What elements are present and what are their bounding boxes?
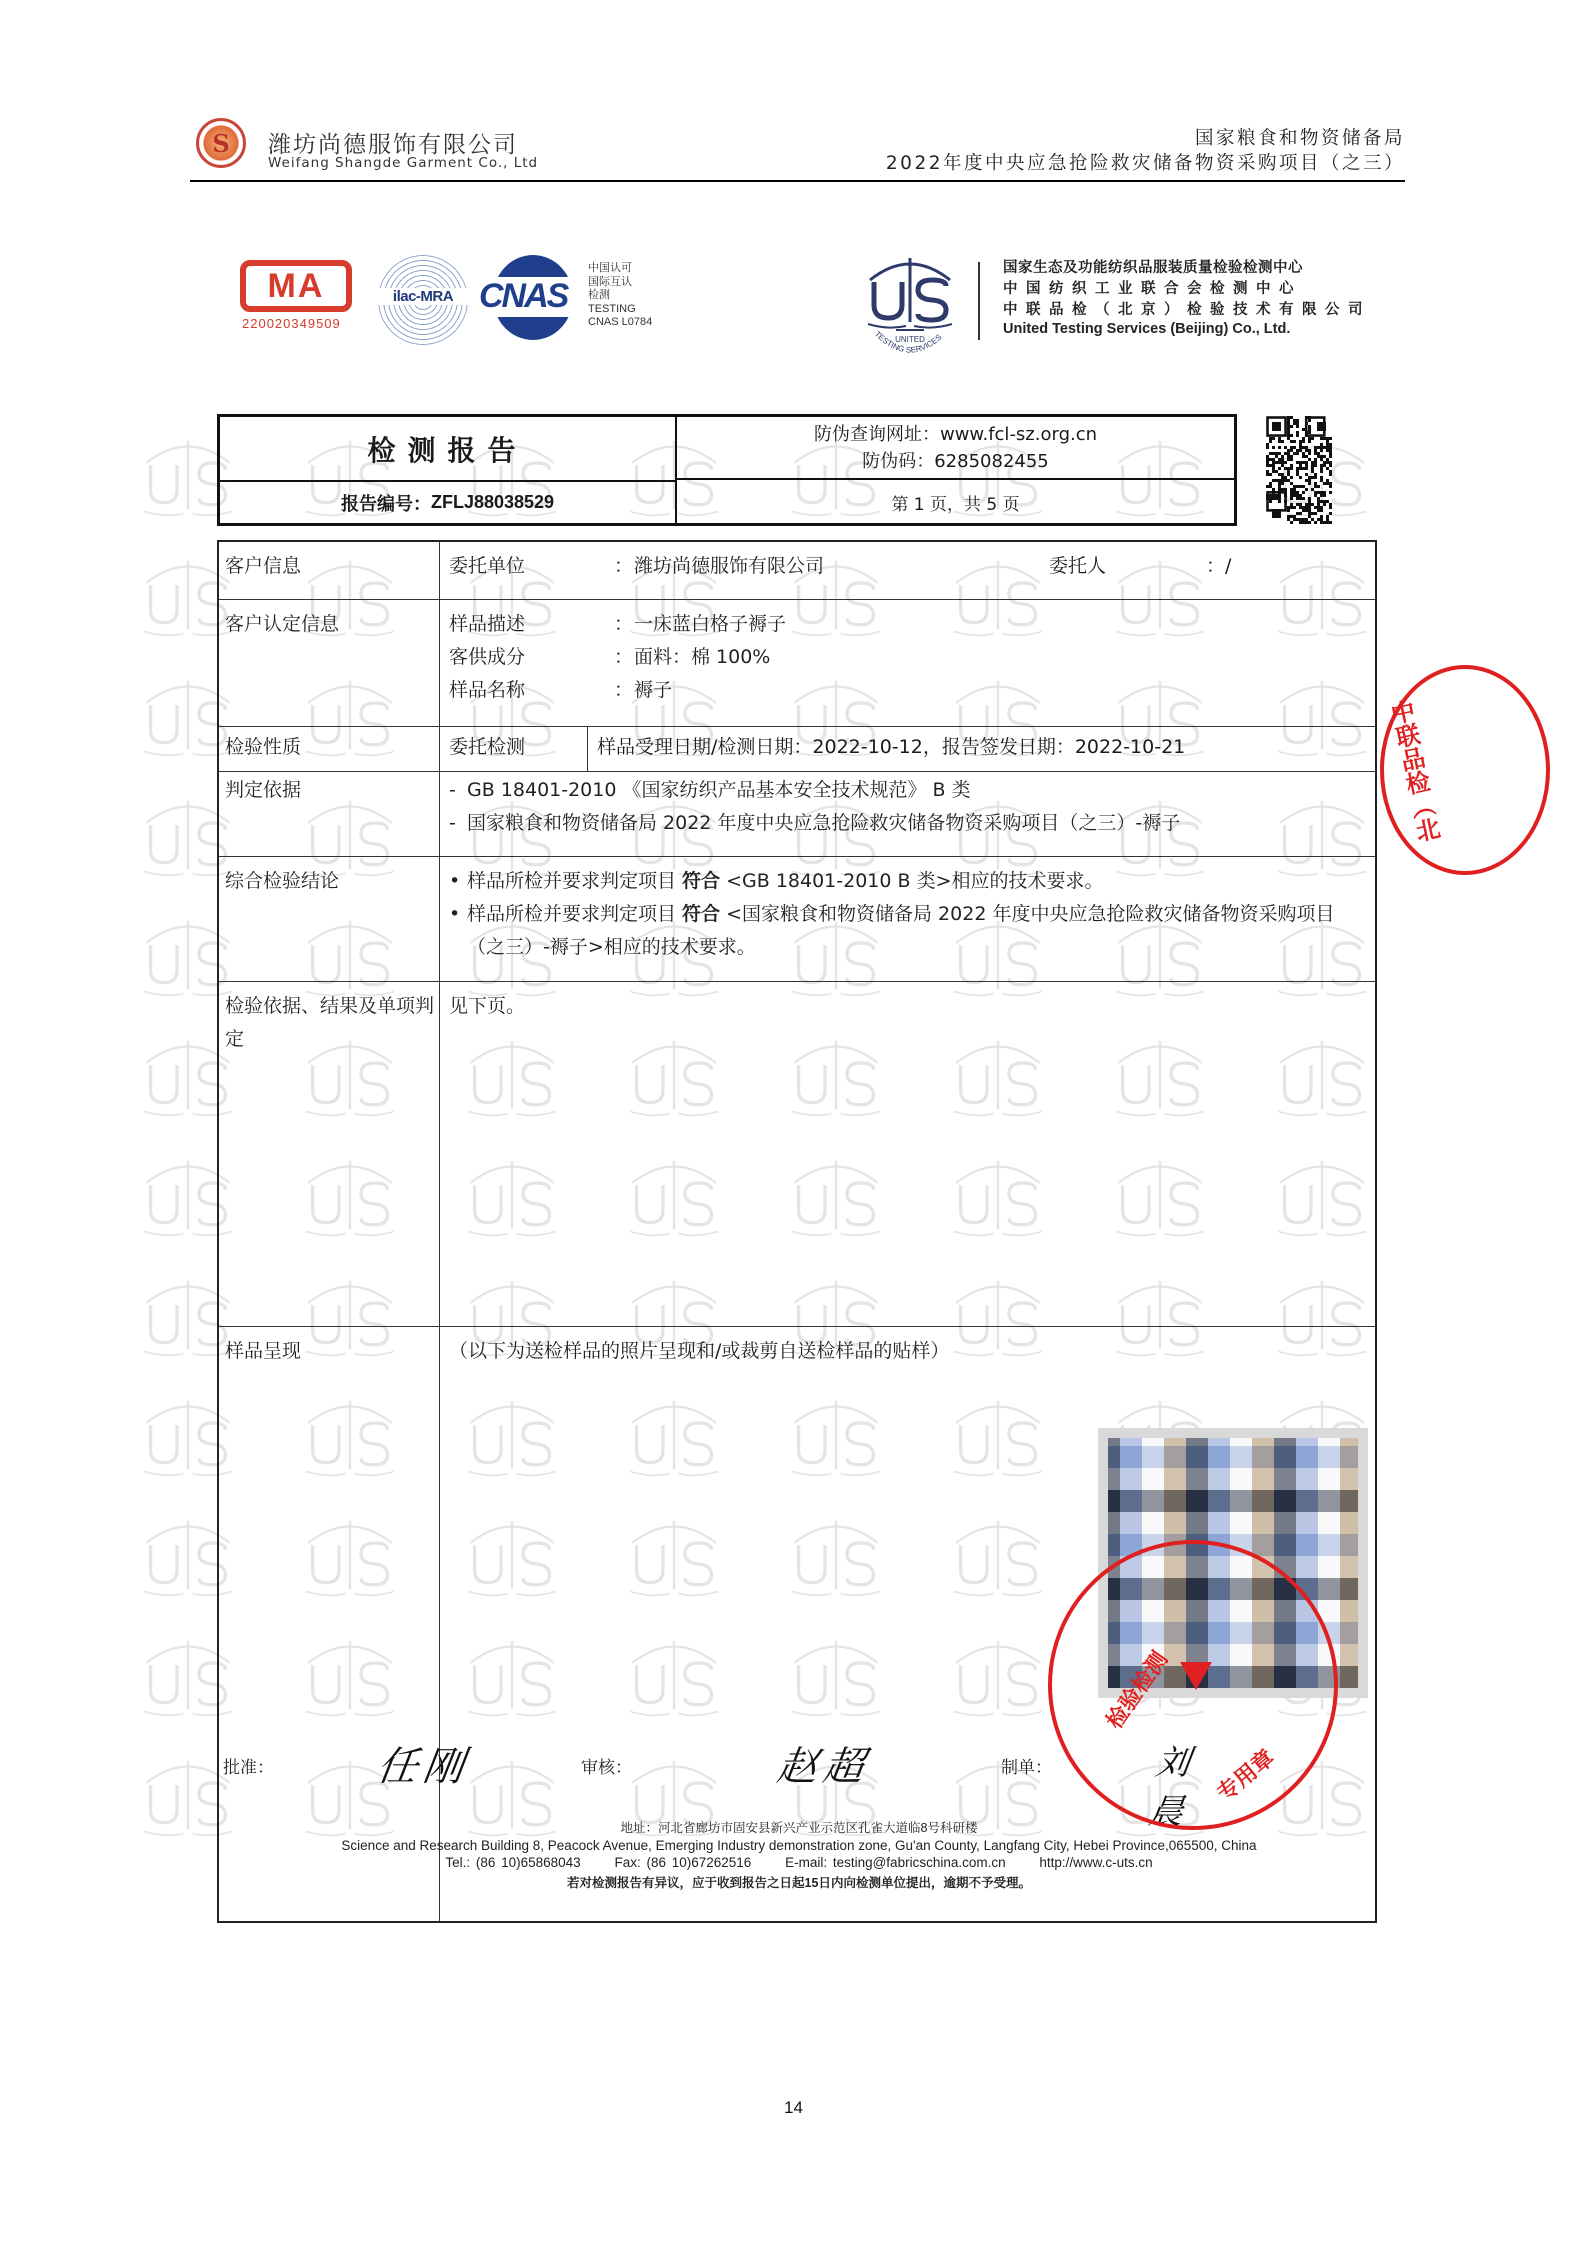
approve-signature: 任刚 <box>374 1735 474 1792</box>
conclusion-item: •样品所检并要求判定项目 符合 <国家粮食和物资储备局 2022 年度中央应急抢… <box>449 898 1365 964</box>
declared-key: 客供成分 <box>449 641 614 674</box>
client-person-value: / <box>1225 555 1231 577</box>
row-label: 样品呈现 <box>225 1335 435 1368</box>
declared-value: 面料：棉 100% <box>634 641 770 674</box>
address-cn: 地址：河北省廊坊市固安县新兴产业示范区孔雀大道临8号科研楼 <box>168 1820 1430 1837</box>
cnas-side-line: 中国认可 <box>588 262 652 276</box>
company-logo-icon <box>196 118 246 168</box>
review-label: 审核： <box>581 1753 632 1778</box>
objection-notice: 若对检测报告有异议，应于收到报告之日起15日内向检测单位提出，逾期不予受理。 <box>168 1872 1430 1894</box>
report-number-value: ZFLJ88038529 <box>431 492 554 513</box>
row-judgement-basis: 判定依据 -GB 18401-2010 《国家纺织产品基本安全技术规范》 B 类… <box>219 772 1375 857</box>
basis-text: GB 18401-2010 《国家纺织产品基本安全技术规范》 B 类 <box>467 774 971 807</box>
report-page-info: 第 1 页，共 5 页 <box>677 482 1234 523</box>
row-label: 综合检验结论 <box>225 865 435 898</box>
tel: Tel.: (86 10)65868043 <box>445 1855 580 1870</box>
client-person: 委托人：/ <box>1049 550 1231 583</box>
stamp-star-icon <box>1180 1662 1212 1690</box>
row-label: 检验依据、结果及单项判定 <box>225 990 435 1056</box>
project-name: 2022年度中央应急抢险救灾储备物资采购项目（之三） <box>886 151 1405 176</box>
client-declared-cell: 样品描述：一床蓝白格子褥子 客供成分：面料：棉 100% 样品名称：褥子 <box>449 608 1365 707</box>
row-results: 检验依据、结果及单项判定 见下页。 <box>219 982 1375 1327</box>
verdict-badge: 符合 <box>682 903 720 925</box>
cma-number: 220020349509 <box>242 316 341 331</box>
inspection-dates: 样品受理日期/检测日期：2022-10-12，报告签发日期：2022-10-21 <box>597 731 1185 764</box>
conclusion-suffix: <GB 18401-2010 B 类>相应的技术要求。 <box>720 870 1103 892</box>
page-number: 14 <box>0 2098 1587 2118</box>
test-report-scan: MA 220020349509 ilac-MRA CNAS 中国认可 国际互认 … <box>168 200 1430 1990</box>
entrusting-unit-label: 委托单位 <box>449 550 614 583</box>
stamp-text: 专用章 <box>1210 1741 1280 1807</box>
report-title: 检测报告 <box>220 417 677 482</box>
stamp-text: 检验检测 <box>1098 1645 1174 1735</box>
declared-item: 客供成分：面料：棉 100% <box>449 641 1365 674</box>
verify-url-label: 防伪查询网址： <box>814 424 940 445</box>
review-signature: 赵超 <box>774 1735 874 1792</box>
edge-stamp-text: 中联品检（北 <box>1381 697 1445 845</box>
lab-name-line: 中国纺织工业联合会检测中心 <box>1003 279 1371 300</box>
verification-info: 防伪查询网址：www.fcl-sz.org.cn 防伪码：6285082455 <box>677 417 1234 480</box>
nature-divider <box>587 727 588 771</box>
report-number-label: 报告编号： <box>341 490 431 516</box>
basis-cell: -GB 18401-2010 《国家纺织产品基本安全技术规范》 B 类 -国家粮… <box>449 774 1365 840</box>
project-agency: 国家粮食和物资储备局 <box>886 126 1405 151</box>
results-value: 见下页。 <box>449 990 1365 1023</box>
cnas-side-text: 中国认可 国际互认 检测 TESTING CNAS L0784 <box>588 262 652 330</box>
lab-name-line: United Testing Services (Beijing) Co., L… <box>1003 321 1371 337</box>
verify-url-link[interactable]: www.fcl-sz.org.cn <box>940 424 1097 445</box>
ilac-label: ilac-MRA <box>372 288 474 305</box>
basis-text: 国家粮食和物资储备局 2022 年度中央应急抢险救灾储备物资采购项目（之三）-褥… <box>467 807 1180 840</box>
row-inspection-nature: 检验性质 委托检测 样品受理日期/检测日期：2022-10-12，报告签发日期：… <box>219 727 1375 772</box>
declared-item: 样品描述：一床蓝白格子褥子 <box>449 608 1365 641</box>
lab-name-line: 中联品检（北京）检验技术有限公司 <box>1003 300 1371 321</box>
cnas-label: CNAS <box>479 277 567 316</box>
ilac-mra-logo-icon: ilac-MRA <box>378 255 468 345</box>
row-client-declared: 客户认定信息 样品描述：一床蓝白格子褥子 客供成分：面料：棉 100% 样品名称… <box>219 600 1375 727</box>
verify-code: 6285082455 <box>934 451 1049 472</box>
declared-key: 样品描述 <box>449 608 614 641</box>
row-label: 客户信息 <box>225 550 435 583</box>
official-stamp-icon: 检验检测 专用章 <box>1048 1540 1338 1830</box>
edge-stamp-icon: 中联品检（北 <box>1380 665 1550 875</box>
page-header: 潍坊尚德服饰有限公司 Weifang Shangde Garment Co., … <box>190 112 1405 182</box>
basis-item: -GB 18401-2010 《国家纺织产品基本安全技术规范》 B 类 <box>449 774 1365 807</box>
approve-label: 批准： <box>223 1753 274 1778</box>
cnas-logo-icon: CNAS <box>483 255 583 345</box>
declared-item: 样品名称：褥子 <box>449 674 1365 707</box>
cnas-side-line: 检测 <box>588 289 652 303</box>
conclusion-cell: •样品所检并要求判定项目 符合 <GB 18401-2010 B 类>相应的技术… <box>449 865 1365 964</box>
website-link[interactable]: http://www.c-uts.cn <box>1039 1855 1152 1870</box>
contact-line: Tel.: (86 10)65868043 Fax: (86 10)672625… <box>168 1854 1430 1872</box>
cma-label: MA <box>246 267 346 306</box>
report-title-block: 检测报告 防伪查询网址：www.fcl-sz.org.cn 防伪码：628508… <box>217 414 1237 526</box>
conclusion-prefix: 样品所检并要求判定项目 <box>467 903 682 925</box>
prepare-label: 制单： <box>1001 1753 1052 1778</box>
fax: Fax: (86 10)67262516 <box>614 1855 751 1870</box>
client-person-label: 委托人 <box>1049 555 1106 577</box>
lab-names: 国家生态及功能纺织品服装质量检验检测中心 中国纺织工业联合会检测中心 中联品检（… <box>1003 258 1371 337</box>
svg-text:UNITED: UNITED <box>895 335 925 344</box>
logo-divider <box>978 262 980 340</box>
lab-contact-footer: 地址：河北省廊坊市固安县新兴产业示范区孔雀大道临8号科研楼 Science an… <box>168 1820 1430 1894</box>
declared-value: 一床蓝白格子褥子 <box>634 608 786 641</box>
company-name-en: Weifang Shangde Garment Co., Ltd <box>268 155 538 171</box>
lab-name-line: 国家生态及功能纺织品服装质量检验检测中心 <box>1003 258 1371 279</box>
email-link[interactable]: E-mail: testing@fabricschina.com.cn <box>785 1855 1006 1870</box>
declared-value: 褥子 <box>634 674 672 707</box>
row-client-info: 客户信息 委托单位：潍坊尚德服饰有限公司 委托人：/ <box>219 542 1375 600</box>
verify-code-label: 防伪码： <box>862 451 934 472</box>
sample-note: （以下为送检样品的照片呈现和/或裁剪自送检样品的贴样） <box>449 1335 1365 1368</box>
verdict-badge: 符合 <box>682 870 720 892</box>
conclusion-item: •样品所检并要求判定项目 符合 <GB 18401-2010 B 类>相应的技术… <box>449 865 1365 898</box>
report-number: 报告编号：ZFLJ88038529 <box>220 482 677 523</box>
declared-key: 样品名称 <box>449 674 614 707</box>
entrusting-unit-value: 潍坊尚德服饰有限公司 <box>634 550 824 583</box>
cnas-side-line: CNAS L0784 <box>588 316 652 330</box>
cma-mark-icon: MA <box>240 260 352 312</box>
cma-logo: MA 220020349509 <box>240 260 355 332</box>
row-label: 客户认定信息 <box>225 608 435 641</box>
qr-code-icon[interactable] <box>1266 416 1332 524</box>
basis-item: -国家粮食和物资储备局 2022 年度中央应急抢险救灾储备物资采购项目（之三）-… <box>449 807 1365 840</box>
cnas-side-line: 国际互认 <box>588 276 652 290</box>
uts-scale-logo-icon: UNITED TESTING SERVICES <box>860 250 960 360</box>
row-label: 判定依据 <box>225 774 435 807</box>
address-en: Science and Research Building 8, Peacock… <box>168 1837 1430 1854</box>
cnas-side-line: TESTING <box>588 303 652 317</box>
signature-row: 批准： 任刚 审核： 赵超 制单： 刘晨 <box>223 1735 1123 1795</box>
project-title: 国家粮食和物资储备局 2022年度中央应急抢险救灾储备物资采购项目（之三） <box>886 126 1405 176</box>
row-label: 检验性质 <box>225 731 435 764</box>
row-conclusion: 综合检验结论 •样品所检并要求判定项目 符合 <GB 18401-2010 B … <box>219 857 1375 982</box>
conclusion-prefix: 样品所检并要求判定项目 <box>467 870 682 892</box>
